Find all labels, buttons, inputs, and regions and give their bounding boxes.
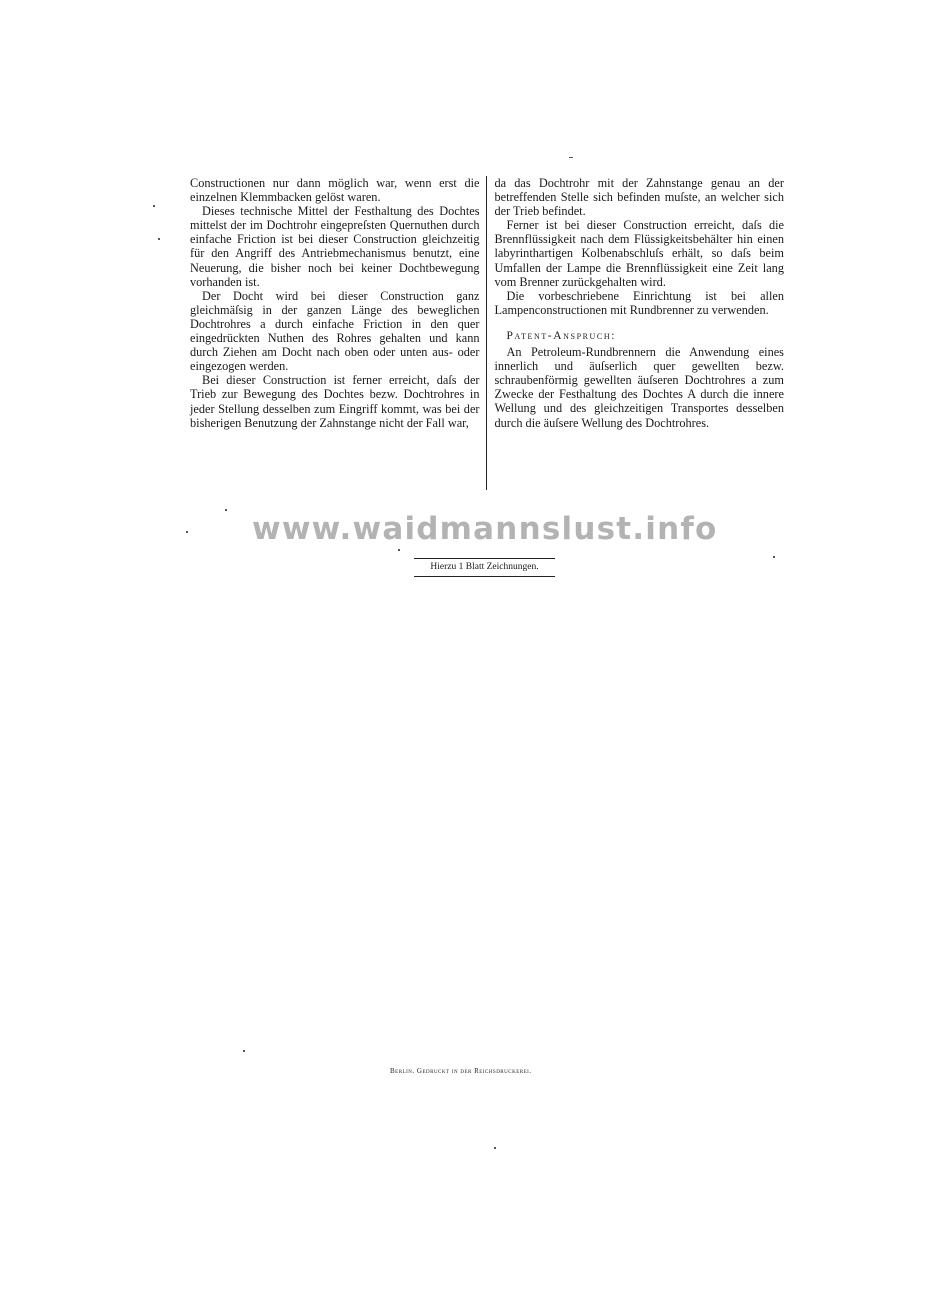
paragraph: Ferner ist bei dieser Construction errei… <box>494 218 784 288</box>
scan-speck <box>153 205 155 207</box>
paragraph: Die vorbeschriebene Einrichtung ist bei … <box>494 289 784 317</box>
paragraph: Bei dieser Construction ist ferner errei… <box>190 373 480 429</box>
paragraph: Constructionen nur dann möglich war, wen… <box>190 176 480 204</box>
left-column: Constructionen nur dann möglich war, wen… <box>190 176 486 490</box>
watermark: www.waidmannslust.info <box>252 511 772 547</box>
document-page: Constructionen nur dann möglich war, wen… <box>0 0 944 1298</box>
patent-claim-text: An Petroleum-Rundbrennern die Anwendung … <box>494 345 784 430</box>
two-column-body: Constructionen nur dann möglich war, wen… <box>190 176 784 490</box>
scan-speck <box>569 157 573 158</box>
scan-speck <box>773 556 775 558</box>
scan-speck <box>158 238 160 240</box>
drawings-note: Hierzu 1 Blatt Zeichnungen. <box>414 558 555 577</box>
paragraph: Dieses technische Mittel der Festhaltung… <box>190 204 480 289</box>
right-column: da das Dochtrohr mit der Zahnstange gena… <box>486 176 784 490</box>
patent-claim-heading: Patent-Anspruch: <box>494 329 784 343</box>
paragraph: Der Docht wird bei dieser Construction g… <box>190 289 480 374</box>
scan-speck <box>398 549 400 551</box>
scan-speck <box>225 509 227 511</box>
scan-speck <box>186 531 188 533</box>
printer-imprint: Berlin. Gedruckt in der Reichsdruckerei. <box>390 1067 590 1075</box>
scan-speck <box>243 1050 245 1052</box>
paragraph: da das Dochtrohr mit der Zahnstange gena… <box>494 176 784 218</box>
scan-speck <box>494 1147 496 1149</box>
